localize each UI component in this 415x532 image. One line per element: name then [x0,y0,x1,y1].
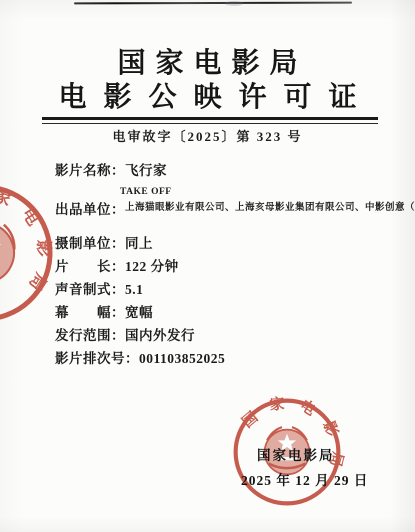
sound-format-label: 声音制式： [55,283,125,297]
agency-name: 国家电影局 [0,48,415,80]
film-title-label: 影片名称： [55,164,125,178]
field-production-unit: 摄制单位： 同上 [55,237,413,251]
field-film-title: 影片名称： 飞行家 [55,164,413,178]
field-distribution-scope: 发行范围： 国内外发行 [55,329,413,343]
release-number-value: 001103852025 [139,352,225,366]
producers-label: 出品单位： [55,203,125,217]
film-english-title: TAKE OFF [120,187,413,197]
producers-value: 上海猫眼影业有限公司、上海亥母影业集团有限公司、中影创意（北京）电影有限公司、北… [125,203,415,215]
field-screen-format: 幕 幅： 宽幅 [55,306,413,320]
permit-number: 电审故字〔2025〕第 323 号 [0,126,415,145]
field-runtime: 片 长： 122 分钟 [55,260,413,274]
field-producers: 出品单位： 上海猫眼影业有限公司、上海亥母影业集团有限公司、中影创意（北京）电影… [55,203,413,217]
document-header: 国家电影局 电影公映许可证 [0,48,415,115]
issue-date: 2025 年 12 月 29 日 [241,469,368,489]
scan-edge-artifact [74,2,352,5]
production-unit-value: 同上 [125,237,153,251]
screen-format-value: 宽幅 [125,306,153,320]
screen-format-label: 幕 幅： [55,306,125,320]
field-sound-format: 声音制式： 5.1 [55,283,413,297]
left-partial-official-seal: 国家电影局 [0,177,60,329]
production-unit-label: 摄制单位： [55,237,125,251]
seal-graphic: 国家电影局 [0,177,60,329]
runtime-value: 122 分钟 [125,260,179,274]
scan-smudge [225,1,243,6]
field-release-number: 影片排次号： 001103852025 [55,352,413,366]
film-title-value: 飞行家 [125,164,167,178]
title-double-rule [42,117,378,124]
seal-arc-text: 国家电影局 [0,177,60,308]
permit-fields: 影片名称： 飞行家 TAKE OFF 出品单位： 上海猫眼影业有限公司、上海亥母… [55,164,413,366]
distribution-scope-value: 国内外发行 [125,329,195,343]
runtime-label: 片 长： [55,260,125,274]
issuing-agency-line: 国家电影局 [257,444,335,464]
distribution-scope-label: 发行范围： [55,329,125,343]
sound-format-value: 5.1 [125,283,143,297]
document-title: 电影公映许可证 [0,81,415,115]
svg-text:国家电影局: 国家电影局 [0,177,60,308]
release-number-label: 影片排次号： [55,352,139,366]
